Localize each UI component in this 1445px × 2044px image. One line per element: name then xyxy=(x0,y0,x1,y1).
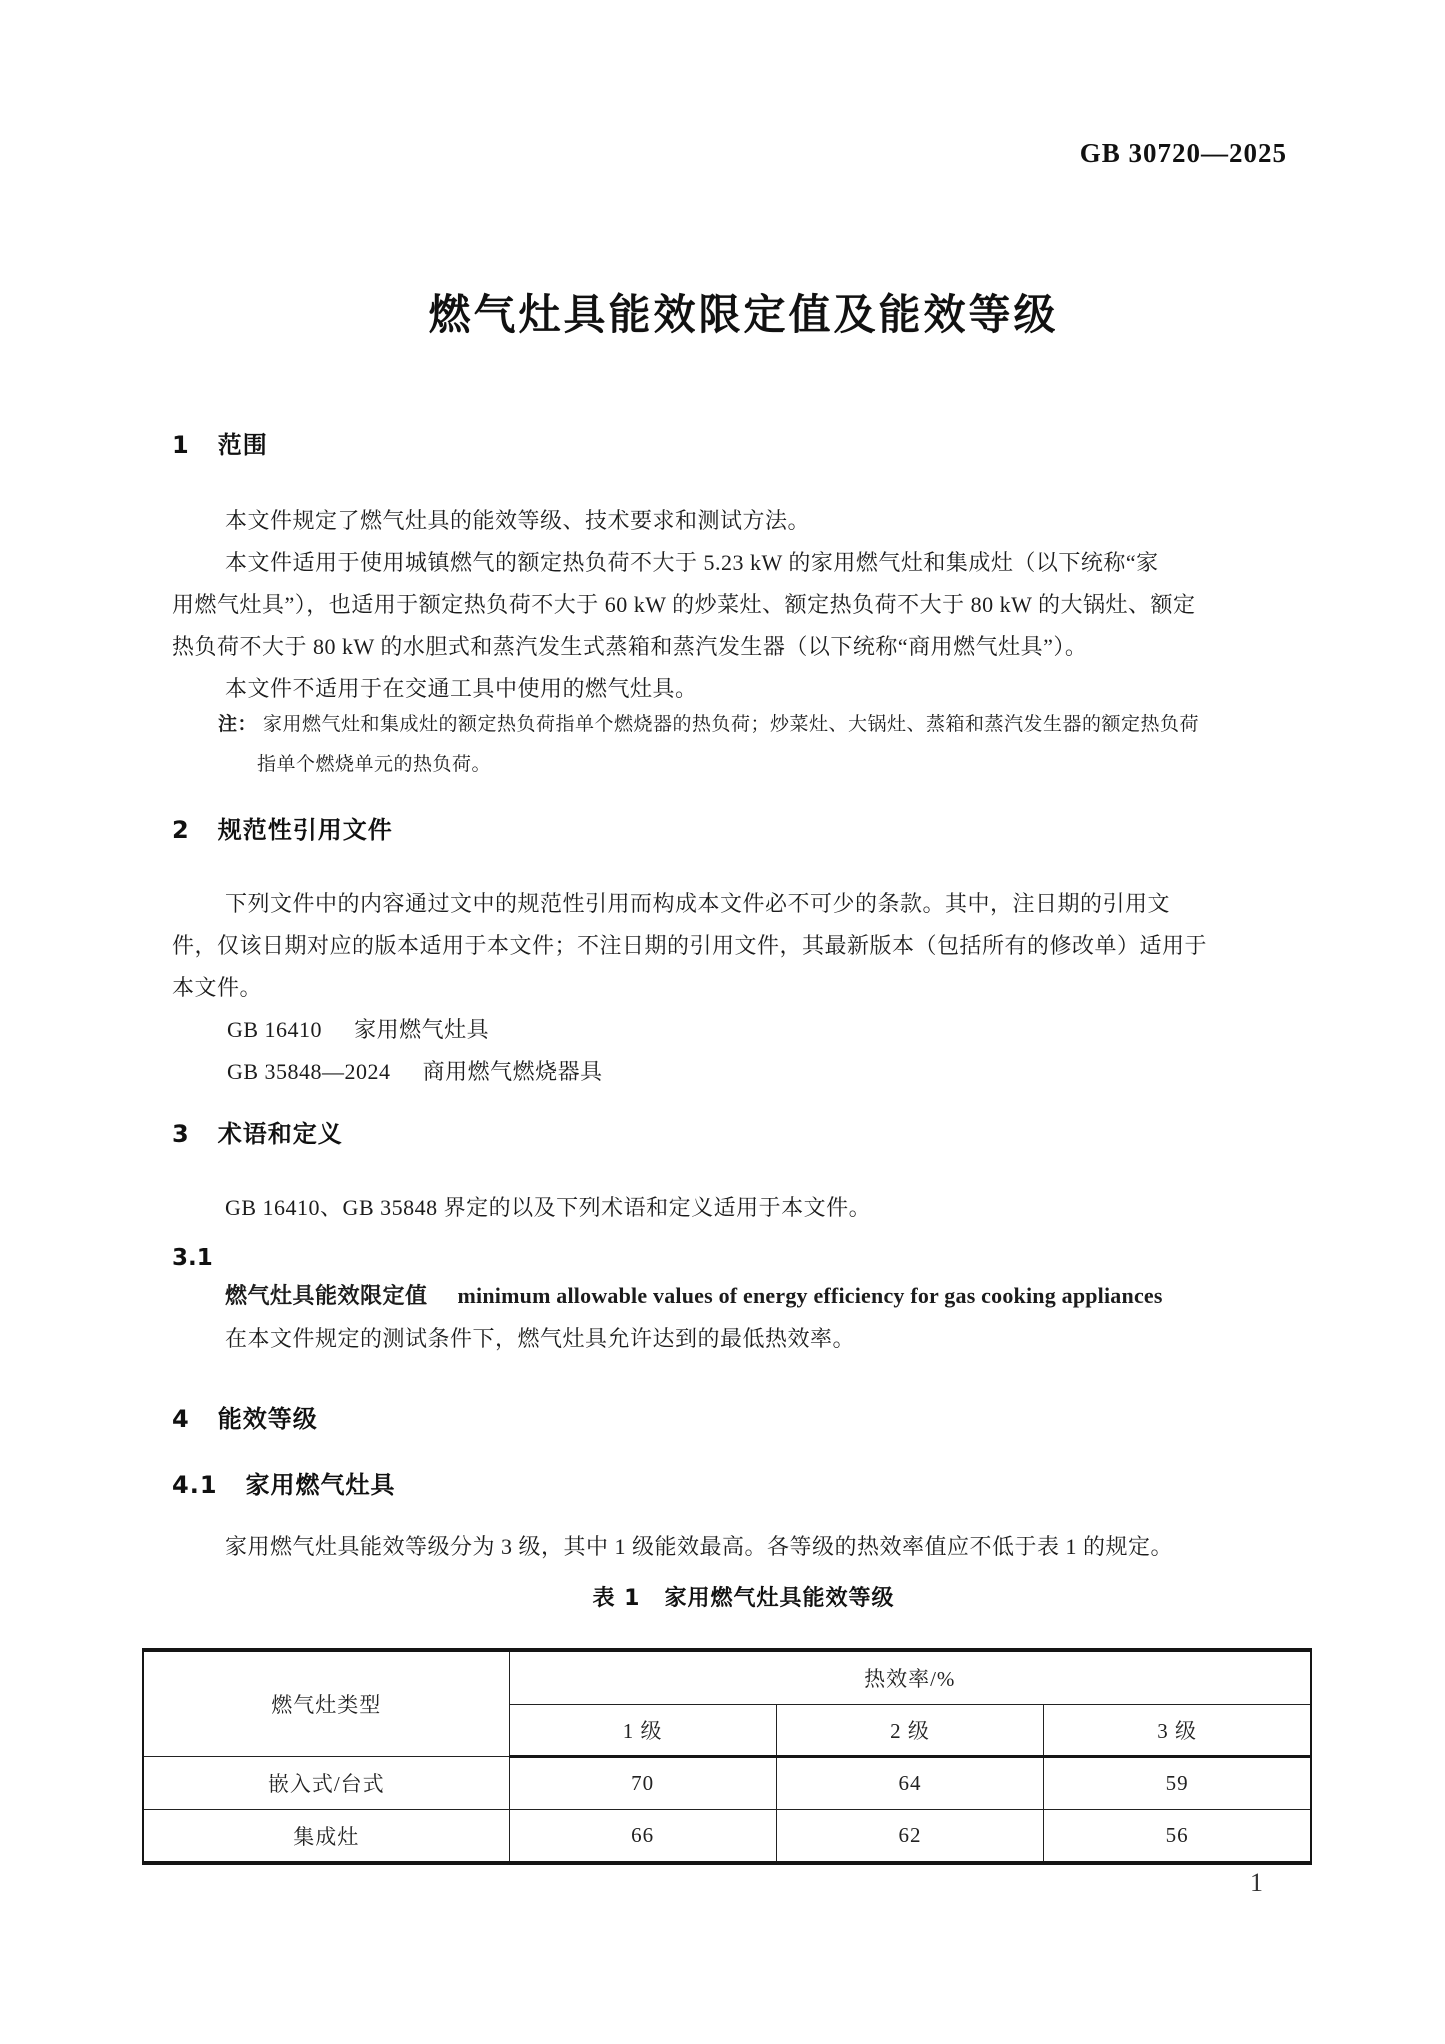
page-content: 燃气灶具能效限定值及能效等级 1范围 本文件规定了燃气灶具的能效等级、技术要求和… xyxy=(172,0,1315,1865)
term-definition: 在本文件规定的测试条件下，燃气灶具允许达到的最低热效率。 xyxy=(225,1318,1315,1360)
scope-paragraph-1: 本文件规定了燃气灶具的能效等级、技术要求和测试方法。 xyxy=(225,500,1315,542)
clause-3-1-number: 3.1 xyxy=(172,1243,1315,1273)
table-row-integrated: 集成灶 66 62 56 xyxy=(143,1810,1311,1864)
cell-integrated-grade1: 66 xyxy=(509,1810,776,1864)
document-title: 燃气灶具能效限定值及能效等级 xyxy=(172,287,1315,343)
terms-intro-paragraph: GB 16410、GB 35848 界定的以及下列术语和定义适用于本文件。 xyxy=(225,1187,1315,1229)
cell-integrated-grade2: 62 xyxy=(776,1810,1043,1864)
header-thermal-efficiency: 热效率/% xyxy=(509,1650,1311,1705)
refs-paragraph-line-2: 件，仅该日期对应的版本适用于本文件；不注日期的引用文件，其最新版本（包括所有的修… xyxy=(172,925,1315,967)
document-page: GB 30720—2025 燃气灶具能效限定值及能效等级 1范围 本文件规定了燃… xyxy=(0,0,1445,2044)
section-4-heading: 4能效等级 xyxy=(172,1404,1315,1434)
section-4-number: 4 xyxy=(172,1405,190,1433)
cell-builtin-grade2: 64 xyxy=(776,1757,1043,1810)
cell-integrated-grade3: 56 xyxy=(1044,1810,1311,1864)
section-2-number: 2 xyxy=(172,816,190,844)
cell-type-builtin: 嵌入式/台式 xyxy=(143,1757,509,1810)
refs-paragraph-line-3: 本文件。 xyxy=(172,967,1315,1009)
scope-paragraph-2-line-1: 本文件适用于使用城镇燃气的额定热负荷不大于 5.23 kW 的家用燃气灶和集成灶… xyxy=(225,542,1315,584)
header-grade-3: 3 级 xyxy=(1044,1705,1311,1757)
section-1-heading: 1范围 xyxy=(172,430,1315,460)
table-1: 燃气灶类型 热效率/% 1 级 2 级 3 级 嵌入式/台式 70 64 59 … xyxy=(142,1648,1312,1865)
table-1-caption-label: 表 1 xyxy=(593,1586,641,1611)
cell-type-integrated: 集成灶 xyxy=(143,1810,509,1864)
section-3-number: 3 xyxy=(172,1120,190,1148)
section-3-title: 术语和定义 xyxy=(218,1120,343,1148)
header-grade-1: 1 级 xyxy=(509,1705,776,1757)
section-2-heading: 2规范性引用文件 xyxy=(172,815,1315,845)
section-2-title: 规范性引用文件 xyxy=(218,816,393,844)
reference-2-title: 商用燃气燃烧器具 xyxy=(423,1059,603,1084)
term-chinese: 燃气灶具能效限定值 xyxy=(225,1284,428,1309)
reference-item-2: GB 35848—2024商用燃气燃烧器具 xyxy=(227,1051,1315,1093)
table-row-builtin: 嵌入式/台式 70 64 59 xyxy=(143,1757,1311,1810)
scope-paragraph-2-line-2: 用燃气灶具”），也适用于额定热负荷不大于 60 kW 的炒菜灶、额定热负荷不大于… xyxy=(172,584,1315,626)
note-text-line-1: 家用燃气灶和集成灶的额定热负荷指单个燃烧器的热负荷；炒菜灶、大锅灶、蒸箱和蒸汽发… xyxy=(263,714,1199,735)
clause-4-1-title: 家用燃气灶具 xyxy=(246,1471,396,1499)
reference-2-code: GB 35848—2024 xyxy=(227,1059,391,1084)
section-1-title: 范围 xyxy=(218,431,268,459)
section-3-heading: 3术语和定义 xyxy=(172,1119,1315,1149)
term-english: minimum allowable values of energy effic… xyxy=(458,1283,1163,1308)
section-1-number: 1 xyxy=(172,431,190,459)
grades-paragraph: 家用燃气灶具能效等级分为 3 级，其中 1 级能效最高。各等级的热效率值应不低于… xyxy=(225,1526,1315,1568)
scope-paragraph-2-line-3: 热负荷不大于 80 kW 的水胆式和蒸汽发生式蒸箱和蒸汽发生器（以下统称“商用燃… xyxy=(172,626,1315,668)
reference-item-1: GB 16410家用燃气灶具 xyxy=(227,1009,1315,1051)
note-label: 注： xyxy=(218,713,257,735)
cell-builtin-grade3: 59 xyxy=(1044,1757,1311,1810)
cell-builtin-grade1: 70 xyxy=(509,1757,776,1810)
term-entry: 燃气灶具能效限定值minimum allowable values of ene… xyxy=(225,1275,1315,1318)
table-header-row-1: 燃气灶类型 热效率/% xyxy=(143,1650,1311,1705)
page-number: 1 xyxy=(1250,1868,1263,1898)
table-1-caption-title: 家用燃气灶具能效等级 xyxy=(664,1586,894,1611)
scope-note-line-2: 指单个燃烧单元的热负荷。 xyxy=(257,745,1315,785)
reference-1-code: GB 16410 xyxy=(227,1017,322,1042)
header-stove-type: 燃气灶类型 xyxy=(143,1650,509,1757)
scope-note: 注：家用燃气灶和集成灶的额定热负荷指单个燃烧器的热负荷；炒菜灶、大锅灶、蒸箱和蒸… xyxy=(172,704,1315,785)
header-grade-2: 2 级 xyxy=(776,1705,1043,1757)
reference-1-title: 家用燃气灶具 xyxy=(354,1017,489,1042)
section-4-title: 能效等级 xyxy=(218,1405,318,1433)
refs-paragraph-line-1: 下列文件中的内容通过文中的规范性引用而构成本文件必不可少的条款。其中，注日期的引… xyxy=(225,883,1315,925)
clause-4-1-number: 4.1 xyxy=(172,1471,218,1499)
clause-4-1-heading: 4.1家用燃气灶具 xyxy=(172,1470,1315,1500)
table-1-caption: 表 1家用燃气灶具能效等级 xyxy=(172,1584,1315,1614)
scope-note-line-1: 注：家用燃气灶和集成灶的额定热负荷指单个燃烧器的热负荷；炒菜灶、大锅灶、蒸箱和蒸… xyxy=(218,704,1315,745)
